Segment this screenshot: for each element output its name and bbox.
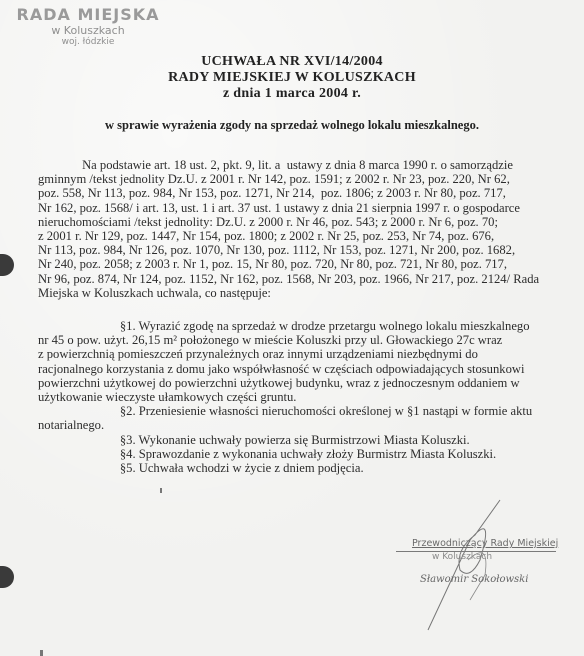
scan-speck bbox=[160, 488, 162, 493]
text-line: §2. Przeniesienie własności nieruchomośc… bbox=[38, 404, 568, 418]
preamble: Na podstawie art. 18 ust. 2, pkt. 9, lit… bbox=[38, 158, 568, 300]
text-line: §5. Uchwała wchodzi w życie z dniem podj… bbox=[38, 461, 568, 475]
stamp-line-2: w Koluszkach bbox=[8, 24, 168, 37]
text-line: Na podstawie art. 18 ust. 2, pkt. 9, lit… bbox=[38, 158, 568, 172]
signatory-name: Sławomir Sokołowski bbox=[420, 574, 528, 585]
council-stamp: RADA MIEJSKA w Koluszkach woj. łódzkie bbox=[8, 6, 168, 48]
text-line: Nr 113, poz. 984, Nr 126, poz. 1070, Nr … bbox=[38, 243, 568, 257]
text-line: Nr 96, poz. 874, Nr 124, poz. 1152, Nr 1… bbox=[38, 272, 568, 286]
resolution-date: z dnia 1 marca 2004 r. bbox=[0, 86, 584, 102]
resolution-body: RADY MIEJSKIEJ W KOLUSZKACH bbox=[0, 70, 584, 86]
signatory-title: Przewodniczący Rady Miejskiej bbox=[412, 538, 558, 549]
text-line: poz. 558, Nr 113, poz. 984, Nr 153, poz.… bbox=[38, 186, 568, 200]
stamp-line-1: RADA MIEJSKA bbox=[8, 6, 168, 24]
resolution-subject: w sprawie wyrażenia zgody na sprzedaż wo… bbox=[0, 118, 584, 133]
stamp-line-3: woj. łódzkie bbox=[8, 37, 168, 48]
scanned-document-page: RADA MIEJSKA w Koluszkach woj. łódzkie U… bbox=[0, 0, 584, 656]
text-line: nieruchomościami /tekst jednolity: Dz.U.… bbox=[38, 215, 568, 229]
text-line: z 2001 r. Nr 129, poz. 1447, Nr 154, poz… bbox=[38, 229, 568, 243]
text-line: nr 45 o pow. użyt. 26,15 m² położonego w… bbox=[38, 333, 568, 347]
text-line: notarialnego. bbox=[38, 418, 568, 432]
text-line: Miejska w Koluszkach uchwala, co następu… bbox=[38, 286, 568, 300]
resolution-sections: §1. Wyrazić zgodę na sprzedaż w drodze p… bbox=[38, 319, 568, 475]
resolution-title: UCHWAŁA NR XVI/14/2004 bbox=[0, 54, 584, 70]
text-line: użytkowanie wieczyste ułamkowych części … bbox=[38, 390, 568, 404]
text-line: Nr 162, poz. 1568/ i art. 13, ust. 1 i a… bbox=[38, 201, 568, 215]
punch-hole-top bbox=[0, 254, 14, 276]
text-line: Nr 240, poz. 2058; z 2003 r. Nr 1, poz. … bbox=[38, 257, 568, 271]
text-line: powierzchni użytkowej do powierzchni uży… bbox=[38, 376, 568, 390]
text-line: racjonalnego korzystania z domu jako wsp… bbox=[38, 362, 568, 376]
text-line: §1. Wyrazić zgodę na sprzedaż w drodze p… bbox=[38, 319, 568, 333]
punch-hole-bottom bbox=[0, 566, 14, 588]
text-line: §3. Wykonanie uchwały powierza się Burmi… bbox=[38, 433, 568, 447]
signatory-place: w Koluszkach bbox=[432, 552, 492, 562]
scan-speck bbox=[40, 650, 43, 656]
text-line: §4. Sprawozdanie z wykonania uchwały zło… bbox=[38, 447, 568, 461]
resolution-header: UCHWAŁA NR XVI/14/2004 RADY MIEJSKIEJ W … bbox=[0, 54, 584, 102]
text-line: gminnym /tekst jednolity Dz.U. z 2001 r.… bbox=[38, 172, 568, 186]
text-line: z powierzchnią pomieszczeń przynależnych… bbox=[38, 347, 568, 361]
